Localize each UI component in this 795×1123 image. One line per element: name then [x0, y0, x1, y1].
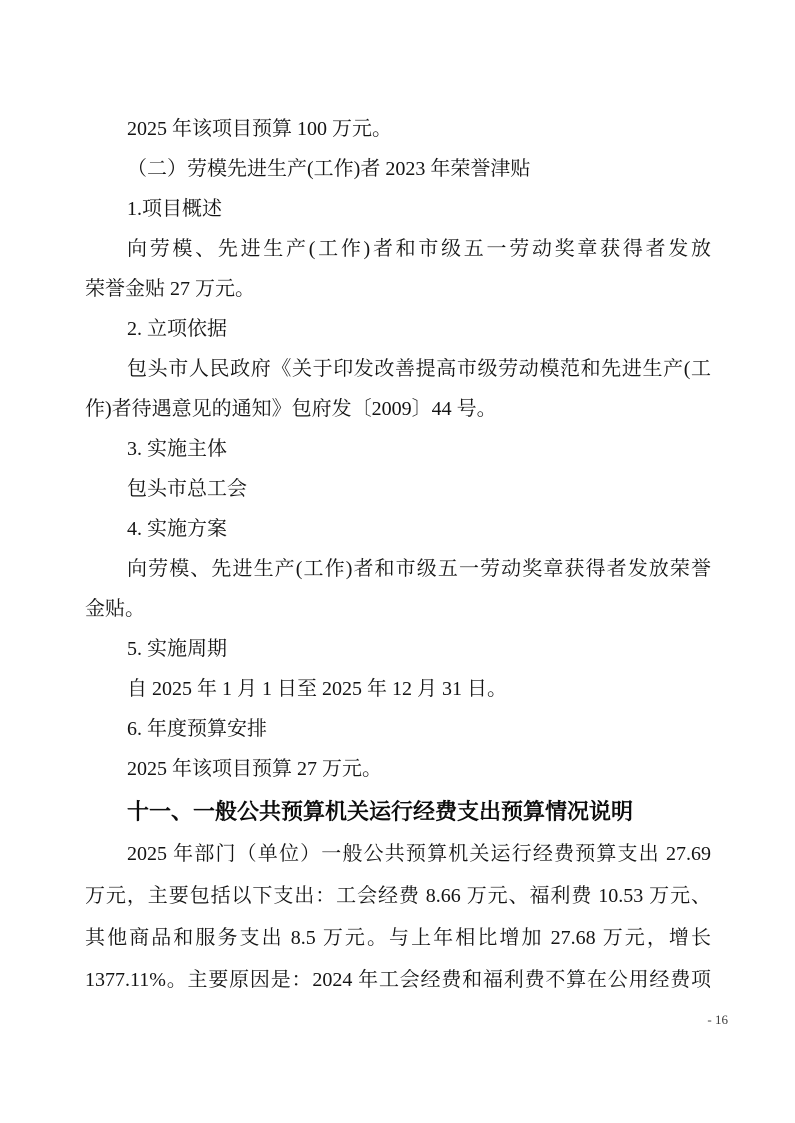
item-heading: 2. 立项依据 [85, 309, 711, 349]
subsection-heading: （二）劳模先进生产(工作)者 2023 年荣誉津贴 [85, 149, 711, 189]
document-page: 2025 年该项目预算 100 万元。 （二）劳模先进生产(工作)者 2023 … [0, 0, 795, 1001]
item-heading: 5. 实施周期 [85, 629, 711, 669]
item-heading: 1.项目概述 [85, 189, 711, 229]
paragraph-line: 2025 年该项目预算 27 万元。 [85, 749, 711, 789]
paragraph-line: 其他商品和服务支出 8.5 万元。与上年相比增加 27.68 万元，增长 [85, 917, 711, 959]
section-heading: 十一、一般公共预算机关运行经费支出预算情况说明 [85, 791, 711, 833]
paragraph-line: 作)者待遇意见的通知》包府发〔2009〕44 号。 [85, 389, 711, 429]
item-heading: 6. 年度预算安排 [85, 709, 711, 749]
paragraph-line: 1377.11%。主要原因是：2024 年工会经费和福利费不算在公用经费项 [85, 959, 711, 1001]
page-number: - 16 [707, 1012, 728, 1028]
paragraph-line: 2025 年部门（单位）一般公共预算机关运行经费预算支出 27.69 [85, 833, 711, 875]
paragraph-line: 自 2025 年 1 月 1 日至 2025 年 12 月 31 日。 [85, 669, 711, 709]
paragraph-line: 2025 年该项目预算 100 万元。 [85, 109, 711, 149]
paragraph-line: 荣誉金贴 27 万元。 [85, 269, 711, 309]
paragraph-line: 包头市总工会 [85, 469, 711, 509]
paragraph-line: 包头市人民政府《关于印发改善提高市级劳动模范和先进生产(工 [85, 349, 711, 389]
paragraph-line: 向劳模、先进生产(工作)者和市级五一劳动奖章获得者发放 [85, 229, 711, 269]
paragraph-line: 万元，主要包括以下支出：工会经费 8.66 万元、福利费 10.53 万元、 [85, 875, 711, 917]
item-heading: 3. 实施主体 [85, 429, 711, 469]
paragraph-line: 金贴。 [85, 589, 711, 629]
item-heading: 4. 实施方案 [85, 509, 711, 549]
paragraph-line: 向劳模、先进生产(工作)者和市级五一劳动奖章获得者发放荣誉 [85, 549, 711, 589]
